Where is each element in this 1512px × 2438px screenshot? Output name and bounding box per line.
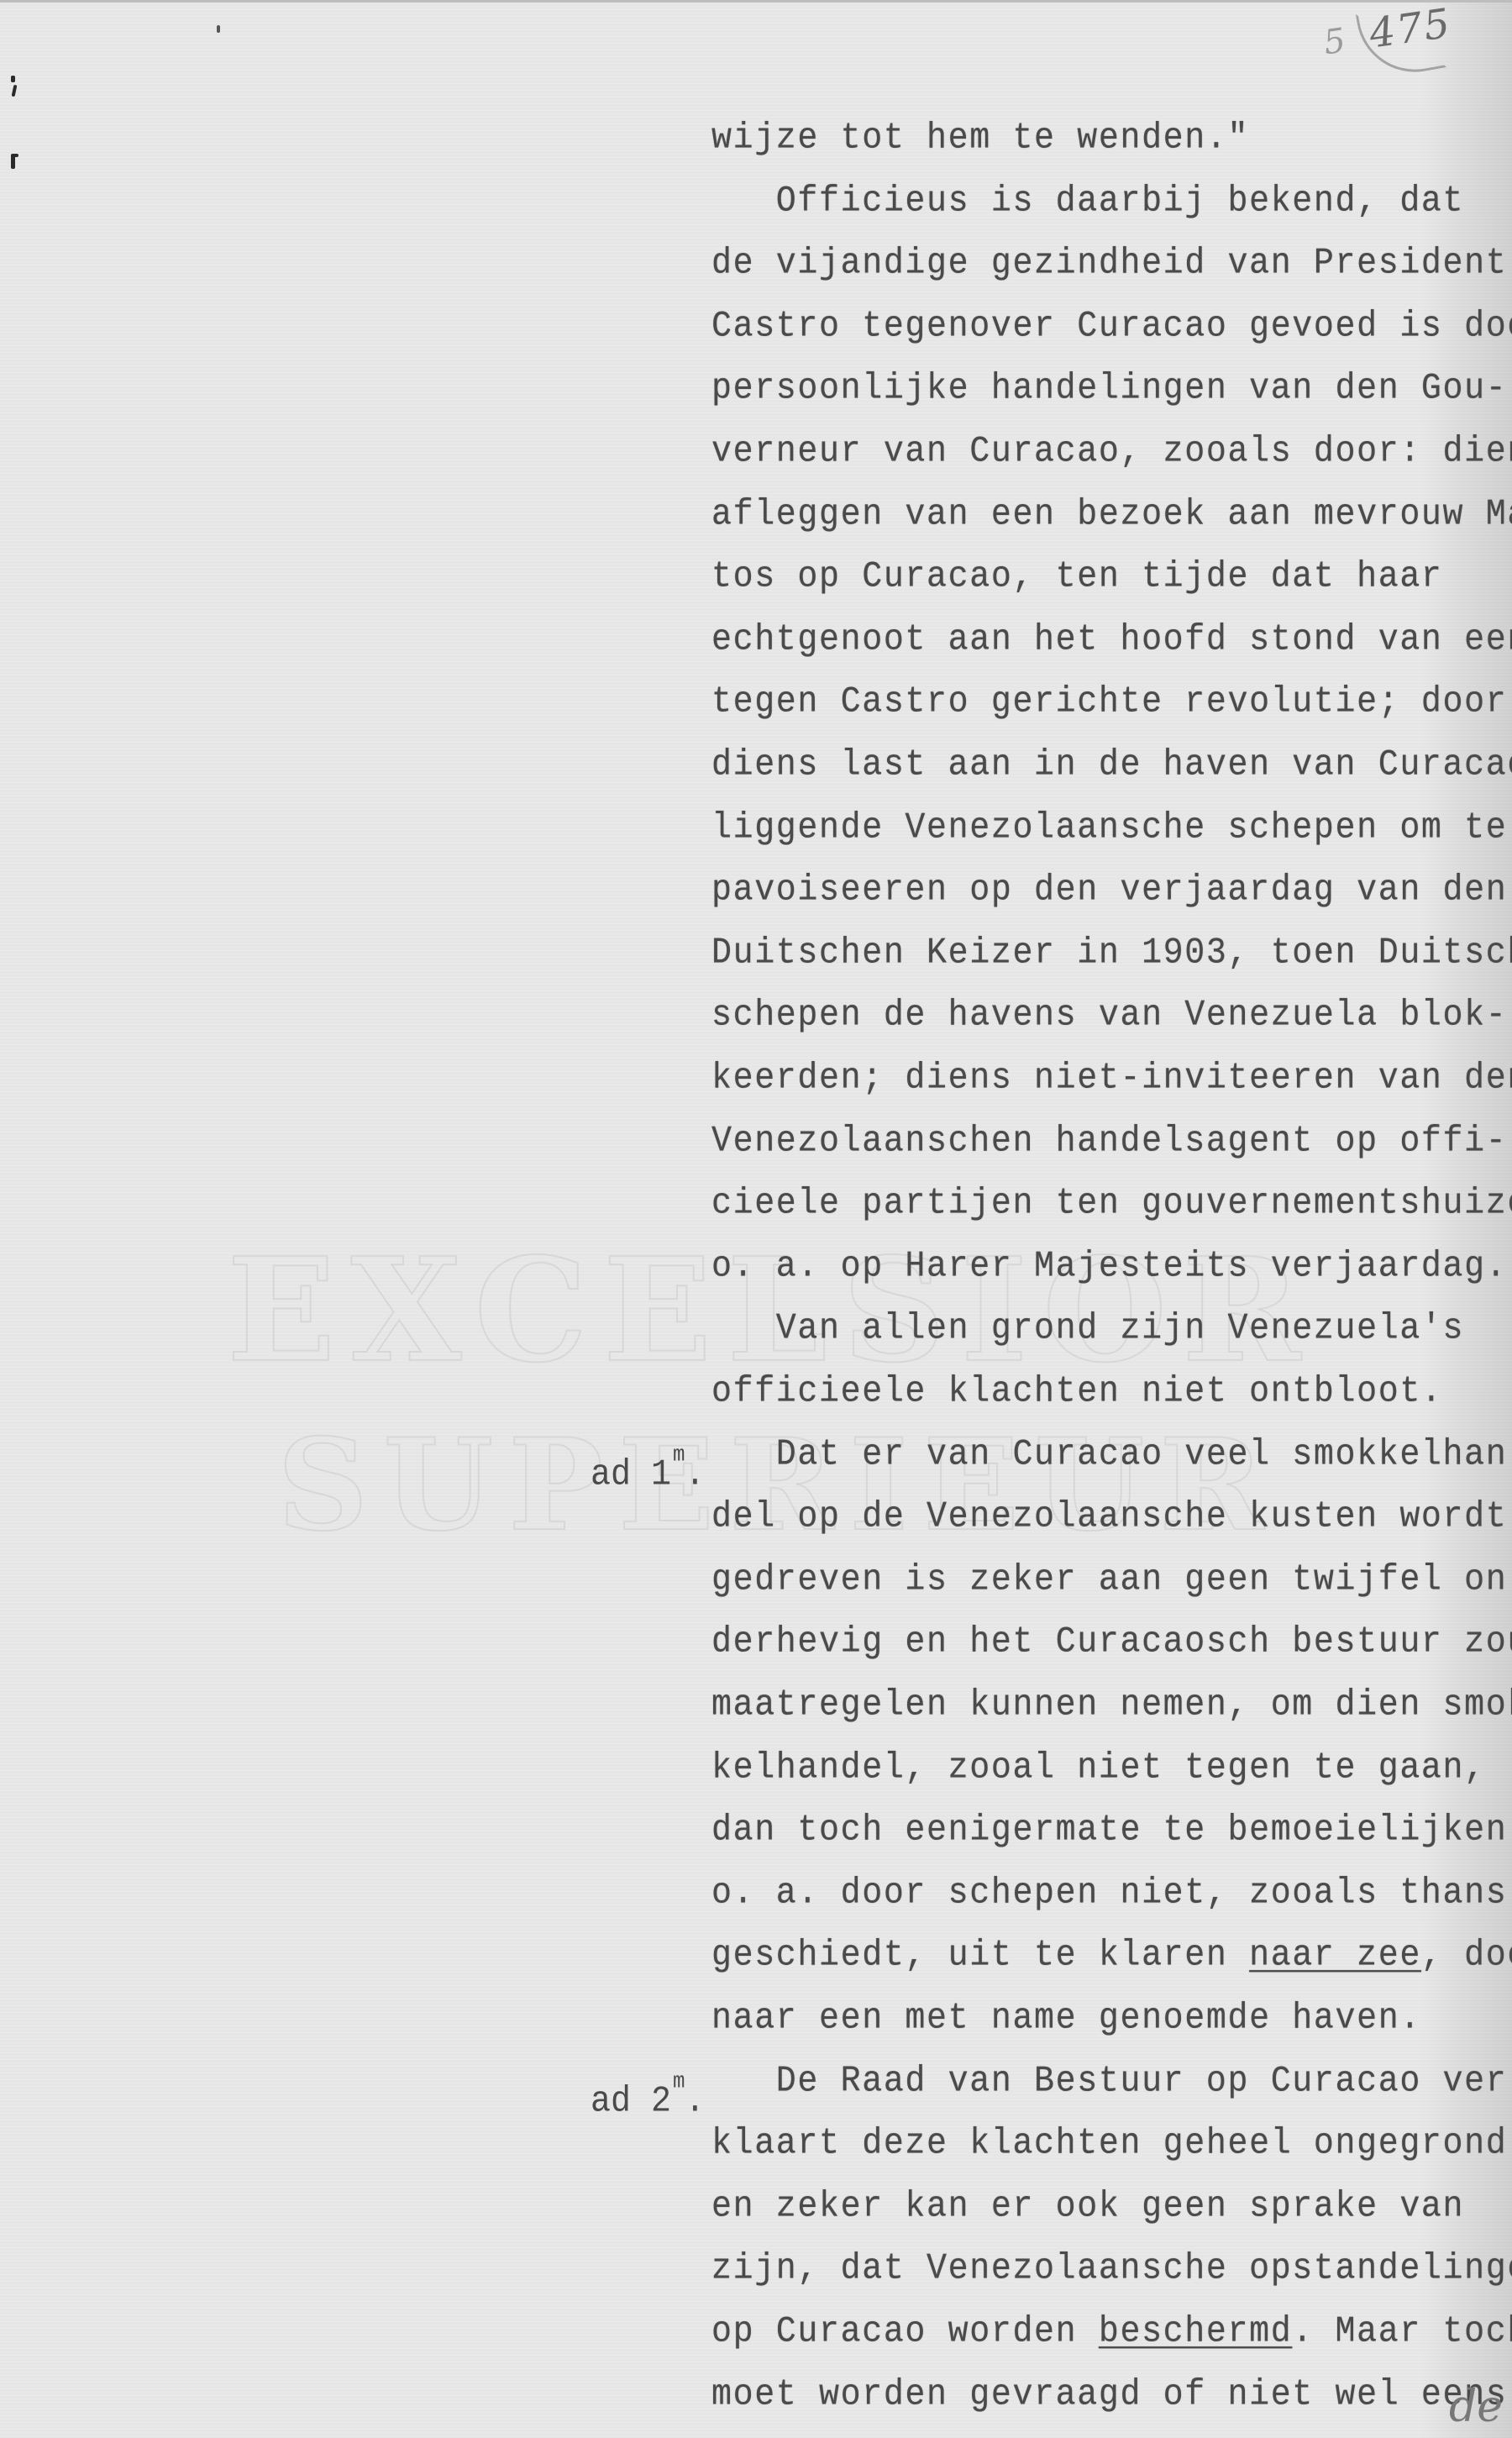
typed-line-text: pavoiseeren op den verjaardag van den xyxy=(711,870,1507,912)
handwritten-margin-note: de xyxy=(1449,2382,1503,2432)
typed-line: afleggen van een bezoek aan mevrouw Ma- xyxy=(711,494,1512,538)
ink-speck xyxy=(217,25,220,33)
typed-line: De Raad van Bestuur op Curacao ver- xyxy=(711,2061,1512,2104)
folio-prefix: 5 xyxy=(1321,21,1350,62)
typed-line: naar een met name genoemde haven. xyxy=(711,1998,1421,2041)
typed-line-text: derhevig en het Curacaosch bestuur zou xyxy=(711,1622,1512,1663)
typed-line-text: en zeker kan er ook geen sprake van xyxy=(711,2187,1464,2228)
typed-line: Venezolaanschen handelsagent op offi- xyxy=(711,1121,1507,1164)
typed-line: o. a. door schepen niet, zooals thans xyxy=(711,1873,1507,1916)
typed-line-text: del op de Venezolaansche kusten wordt xyxy=(711,1497,1507,1538)
typed-line-text: verneur van Curacao, zooals door: diens xyxy=(711,432,1512,473)
typed-line: schepen de havens van Venezuela blok- xyxy=(711,995,1507,1038)
typed-line-text: gedreven is zeker aan geen twijfel on- xyxy=(711,1560,1512,1601)
typed-line: zijn, dat Venezolaansche opstandelingen xyxy=(711,2248,1512,2292)
underlined-emphasis: beschermd xyxy=(1099,2312,1292,2353)
typed-line: pavoiseeren op den verjaardag van den xyxy=(711,870,1507,913)
typed-line: tos op Curacao, ten tijde dat haar xyxy=(711,556,1443,600)
margin-reference: ad 1m. xyxy=(591,1434,705,1498)
typed-line-text: maatregelen kunnen nemen, om dien smok- xyxy=(711,1685,1512,1726)
typed-line-text: zijn, dat Venezolaansche opstandelingen xyxy=(711,2249,1512,2290)
typed-line-text: klaart deze klachten geheel ongegrond xyxy=(711,2124,1507,2165)
margin-reference-period: . xyxy=(685,1454,705,1495)
typed-line: persoonlijke handelingen van den Gou- xyxy=(711,368,1507,412)
document-page: EXCELSIOR SUPERIEUR 5475 wijze tot hem t… xyxy=(0,0,1512,2438)
typed-line-text: de vijandige gezindheid van President xyxy=(711,244,1507,285)
typed-line: wijze tot hem te wenden." xyxy=(711,118,1249,161)
typed-line: liggende Venezolaansche schepen om te xyxy=(711,807,1507,851)
typed-line-text: echtgenoot aan het hoofd stond van een xyxy=(711,620,1512,661)
typed-line: o. a. op Harer Majesteits verjaardag. xyxy=(711,1246,1507,1290)
margin-reference-period: . xyxy=(685,2081,705,2122)
margin-reference-ordinal: m xyxy=(673,2069,685,2094)
margin-reference-label: ad 1 xyxy=(591,1454,671,1495)
typed-line-text: liggende Venezolaansche schepen om te xyxy=(711,808,1507,849)
typed-line: gedreven is zeker aan geen twijfel on- xyxy=(711,1559,1512,1603)
typed-line-text: op Curacao worden xyxy=(711,2312,1099,2353)
typed-line: Van allen grond zijn Venezuela's xyxy=(711,1308,1464,1352)
typed-line-text: cieele partijen ten gouvernementshuize, xyxy=(711,1184,1512,1225)
typed-line-text: Venezolaanschen handelsagent op offi- xyxy=(711,1122,1507,1163)
typed-line: de vijandige gezindheid van President xyxy=(711,243,1507,286)
punch-mark-top xyxy=(11,76,15,82)
typed-line-text: persoonlijke handelingen van den Gou- xyxy=(711,369,1507,410)
typed-line-text: Duitschen Keizer in 1903, toen Duitsche xyxy=(711,933,1512,975)
typed-line-text: Officieus is daarbij bekend, dat xyxy=(711,181,1464,223)
typed-line-text: dan toch eenigermate te bemoeielijken; xyxy=(711,1810,1512,1852)
typed-line: Duitschen Keizer in 1903, toen Duitsche xyxy=(711,933,1512,976)
typed-line-text: naar een met name genoemde haven. xyxy=(711,1999,1421,2040)
typed-line: op Curacao worden beschermd. Maar toch xyxy=(711,2311,1512,2355)
typed-line: echtgenoot aan het hoofd stond van een xyxy=(711,619,1512,663)
typed-line: Castro tegenover Curacao gevoed is door xyxy=(711,306,1512,349)
typed-line: geschiedt, uit te klaren naar zee, doch xyxy=(711,1935,1512,1978)
typed-line-text: Dat er van Curacao veel smokkelhan- xyxy=(711,1435,1512,1476)
typed-line: Dat er van Curacao veel smokkelhan- xyxy=(711,1434,1512,1478)
typed-line: diens last aan in de haven van Curacao xyxy=(711,744,1512,788)
typed-line-text: keerden; diens niet-inviteeren van den xyxy=(711,1059,1512,1100)
typed-line-text: tos op Curacao, ten tijde dat haar xyxy=(711,557,1443,598)
typed-line-text: wijze tot hem te wenden." xyxy=(711,118,1249,160)
typed-line-text: officieele klachten niet ontbloot. xyxy=(711,1372,1443,1413)
typed-line-text: Van allen grond zijn Venezuela's xyxy=(711,1309,1464,1350)
typed-line-text: moet worden gevraagd of niet wel eens xyxy=(711,2375,1507,2416)
typed-line: derhevig en het Curacaosch bestuur zou xyxy=(711,1621,1512,1665)
typed-line: maatregelen kunnen nemen, om dien smok- xyxy=(711,1684,1512,1728)
typed-line-text: schepen de havens van Venezuela blok- xyxy=(711,996,1507,1037)
typed-line: keerden; diens niet-inviteeren van den xyxy=(711,1058,1512,1101)
typed-line-text-tail: , doch xyxy=(1421,1936,1512,1977)
typed-line-text: Castro tegenover Curacao gevoed is door xyxy=(711,307,1512,348)
typed-line-text: De Raad van Bestuur op Curacao ver- xyxy=(711,2062,1512,2103)
typed-line: officieele klachten niet ontbloot. xyxy=(711,1371,1443,1415)
typed-line: kelhandel, zooal niet tegen te gaan, xyxy=(711,1747,1486,1791)
margin-reference: ad 2m. xyxy=(591,2061,705,2125)
underlined-emphasis: naar zee xyxy=(1249,1936,1421,1977)
typed-line: cieele partijen ten gouvernementshuize, xyxy=(711,1183,1512,1227)
margin-reference-label: ad 2 xyxy=(591,2081,671,2122)
typed-line-text: tegen Castro gerichte revolutie; door xyxy=(711,682,1507,723)
typed-line: dan toch eenigermate te bemoeielijken; xyxy=(711,1810,1512,1853)
typed-line-text: geschiedt, uit te klaren xyxy=(711,1936,1249,1977)
typed-line: tegen Castro gerichte revolutie; door xyxy=(711,681,1507,725)
typed-line: verneur van Curacao, zooals door: diens xyxy=(711,431,1512,475)
typed-line-text: diens last aan in de haven van Curacao xyxy=(711,745,1512,786)
typed-line: en zeker kan er ook geen sprake van xyxy=(711,2186,1464,2230)
page-top-edge xyxy=(0,0,1512,3)
typed-line: del op de Venezolaansche kusten wordt xyxy=(711,1496,1507,1540)
typed-line-text: afleggen van een bezoek aan mevrouw Ma- xyxy=(711,495,1512,536)
punch-mark-top-tail xyxy=(12,85,18,97)
typed-line-text: o. a. op Harer Majesteits verjaardag. xyxy=(711,1247,1507,1288)
punch-mark-bottom-hook xyxy=(13,154,18,157)
typed-line-text: o. a. door schepen niet, zooals thans xyxy=(711,1873,1507,1915)
typed-line: klaart deze klachten geheel ongegrond xyxy=(711,2123,1507,2167)
margin-reference-ordinal: m xyxy=(673,1442,685,1467)
typed-line-text-tail: . Maar toch xyxy=(1292,2312,1512,2353)
typed-line: Officieus is daarbij bekend, dat xyxy=(711,181,1464,224)
typed-line-text: kelhandel, zooal niet tegen te gaan, xyxy=(711,1748,1486,1789)
typed-line: moet worden gevraagd of niet wel eens xyxy=(711,2374,1507,2418)
